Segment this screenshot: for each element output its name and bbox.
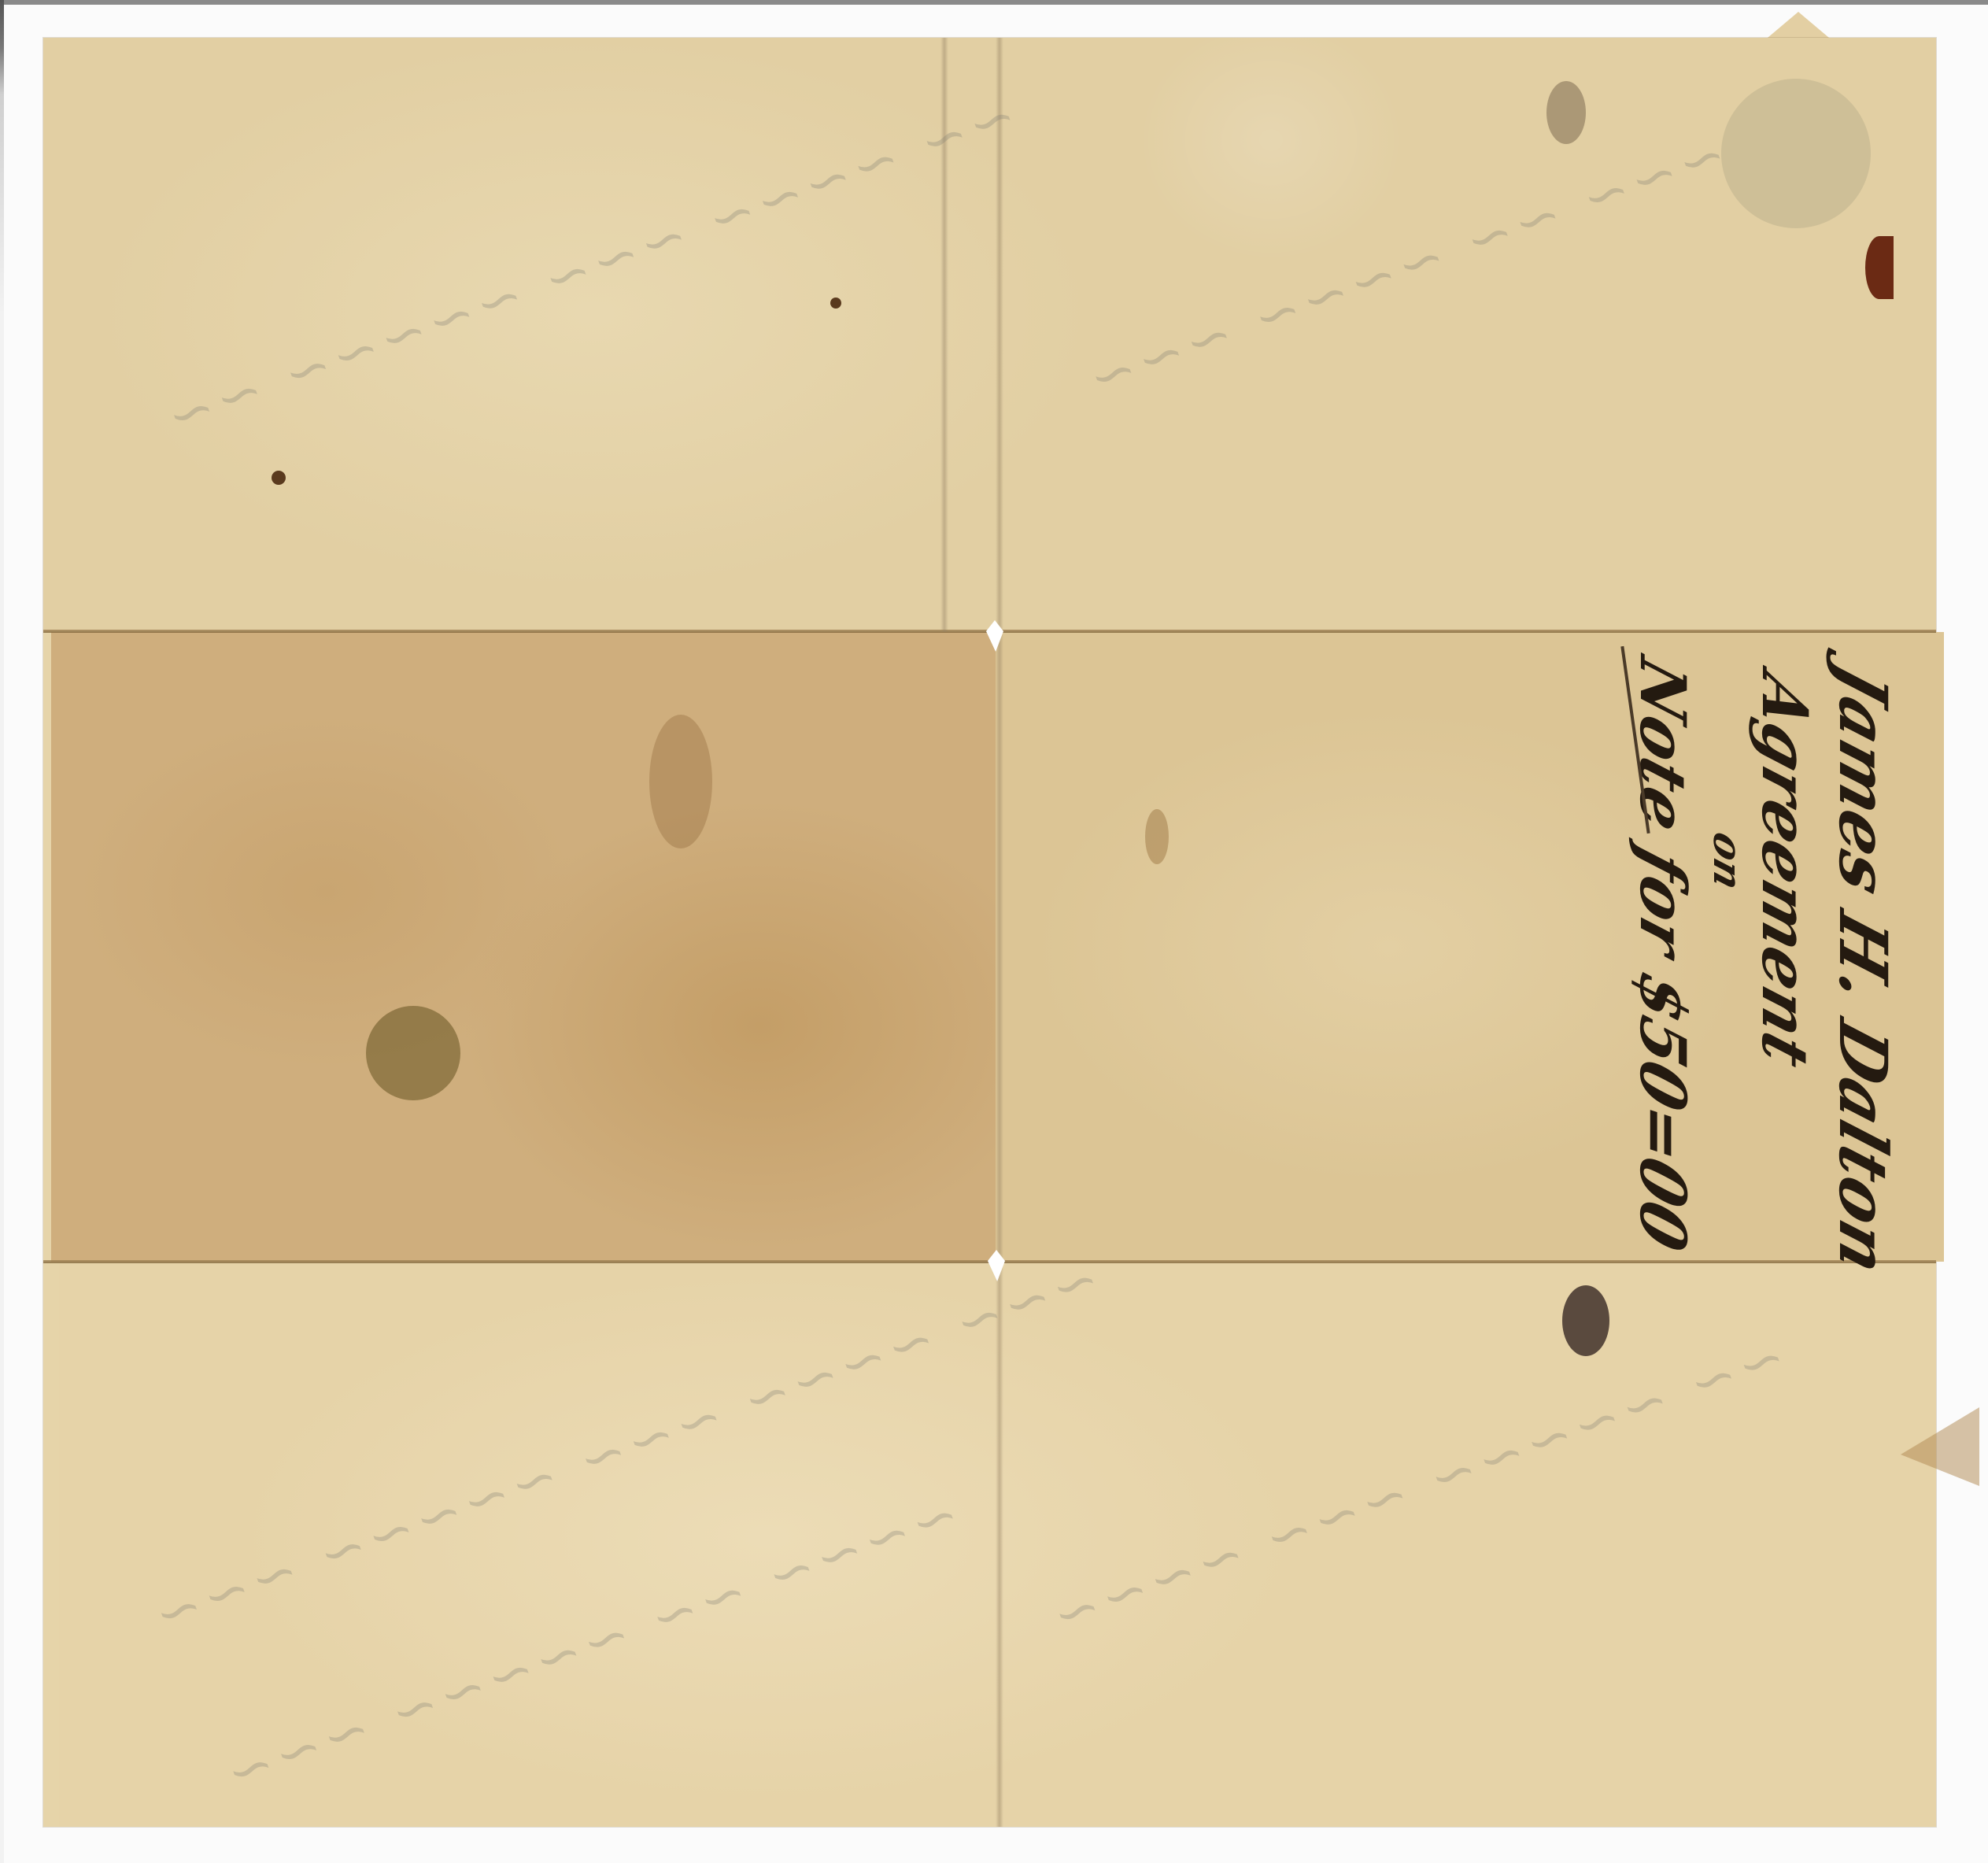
stain-dark [366, 1006, 460, 1100]
wax-seal-remnant [1865, 236, 1894, 299]
docket-conjunction: on [1705, 826, 1751, 896]
panel-middle-left-stained [51, 632, 996, 1262]
docket: James H. Dalton Agreement on Note for $5… [1609, 653, 1909, 1236]
ink-blot [1562, 1285, 1609, 1356]
spot [1145, 809, 1169, 864]
docket-name: James H. Dalton [1824, 656, 1902, 1285]
spot [272, 471, 286, 485]
scanner-top-edge [0, 0, 1988, 5]
spot [1546, 81, 1586, 144]
spot [830, 298, 841, 309]
docket-title: Agreement [1748, 665, 1822, 1077]
water-ring-stain [1721, 79, 1871, 228]
fold-line-vertical [996, 38, 1003, 1827]
stain-smudge [649, 715, 712, 848]
scanner-left-edge [0, 0, 4, 1863]
